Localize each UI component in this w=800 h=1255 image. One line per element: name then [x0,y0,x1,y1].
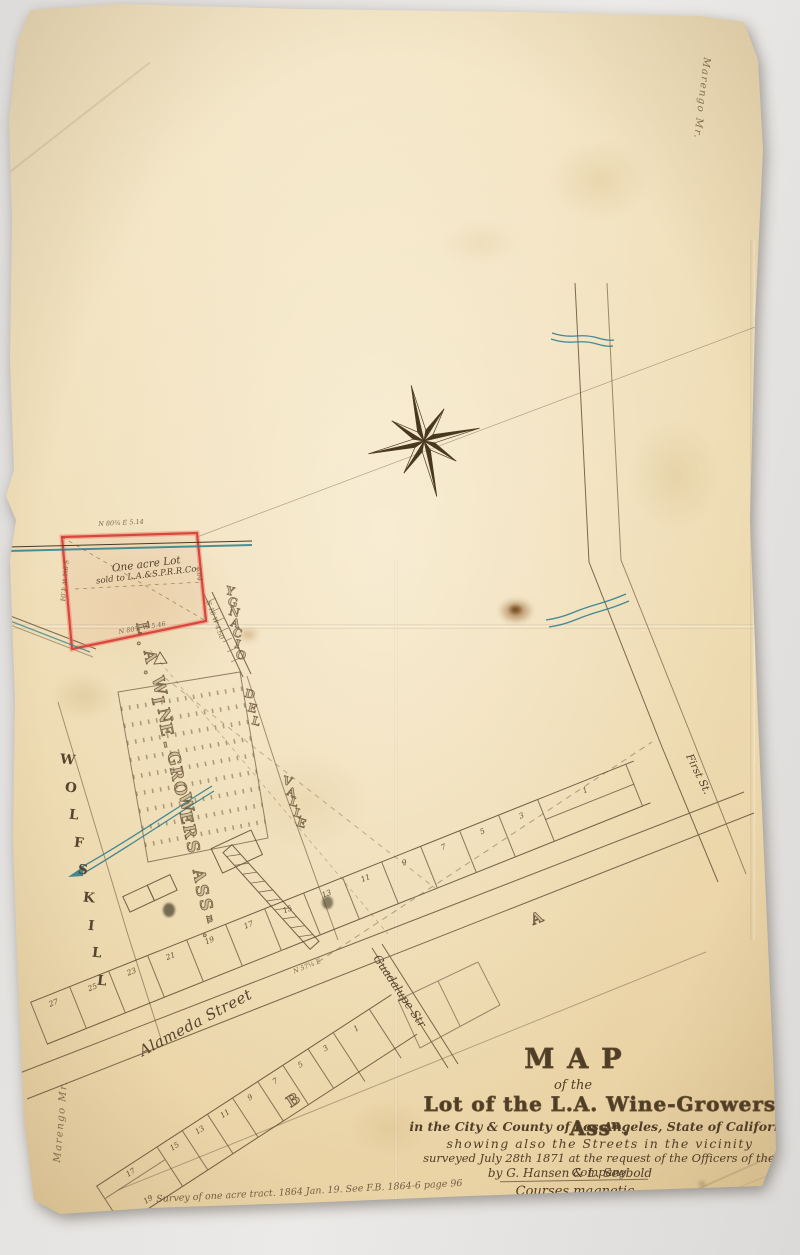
title-map: MAP [498,1044,648,1075]
vineyard-row [136,772,257,794]
lot-number: 17 [242,919,266,960]
wolfskill-letter: W [59,751,76,768]
lot-number: 1 [581,785,600,824]
lot-number: 7 [440,842,459,881]
lot-number: 9 [401,857,420,896]
vineyard-row [145,821,265,845]
title-sub2: showing also the Streets in the vicinity [405,1136,795,1151]
variation-note: Variation 14°45′E. [590,1200,760,1215]
lot-number: 13 [320,888,344,929]
map-sheet: 27252321191715131197531 171915131197531 … [0,0,800,1255]
lot-number: 1 [352,1023,385,1071]
title-of-the: of the [498,1078,648,1093]
lot-number: 11 [359,872,383,913]
vineyard-row [133,755,254,777]
vineyard-row [127,722,248,743]
title-sub1: in the City & County of Los Angeles, Sta… [405,1119,800,1134]
wolfskill-letter: L [96,972,107,989]
survey-map-photo: 27252321191715131197531 171915131197531 … [0,0,800,1255]
compass-rose [369,386,480,497]
wolfskill-letter: K [82,889,95,906]
bearing-right: 4.04 [194,566,204,581]
wolfskill-letter: L [68,807,79,824]
vineyard-row [142,805,262,828]
wolfskill-letter: I [87,917,95,934]
lot-number: 15 [281,903,305,944]
scale-note: Scale one inch to 80 feet. [446,1200,606,1230]
owner-letter: W [148,675,170,697]
vineyard-row [124,705,246,726]
wolfskill-letter: O [64,779,77,796]
wolfskill-letter: F [73,834,84,851]
magnetic-line [197,312,795,537]
lot-number: 23 [125,966,149,1007]
lot-number: 27 [47,997,71,1038]
wolfskill-letter: L [91,945,102,962]
courses-note: Courses magnetic [470,1184,680,1199]
lot-number: 21 [164,950,188,991]
lot-number: 3 [518,811,537,850]
dark-speck [716,1192,719,1195]
paper-shadow: 27252321191715131197531 171915131197531 … [0,0,800,1255]
lot-number: 19 [203,934,227,975]
lot-number: 5 [479,826,498,865]
